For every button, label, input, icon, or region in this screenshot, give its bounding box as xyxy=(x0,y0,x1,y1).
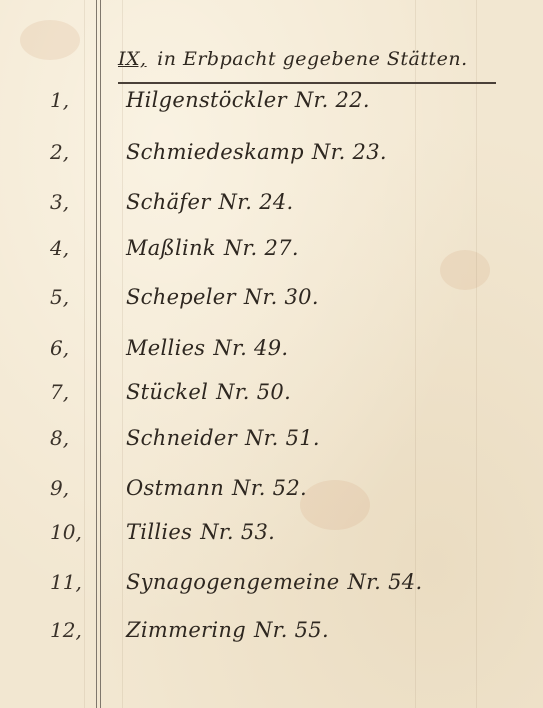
entry-text: MaßlinkNr. 27. xyxy=(126,236,299,260)
entry-index: 9, xyxy=(50,476,92,500)
entry-index: 6, xyxy=(50,336,92,360)
list-item: 4, MaßlinkNr. 27. xyxy=(0,236,543,276)
section-title: in Erbpacht gegebene Stätten. xyxy=(157,48,468,70)
list-item: 11, SynagogengemeineNr. 54. xyxy=(0,570,543,610)
entry-index: 10, xyxy=(50,520,92,544)
list-item: 6, MelliesNr. 49. xyxy=(0,336,543,376)
section-number: IX, xyxy=(118,48,147,70)
entry-index: 2, xyxy=(50,140,92,164)
entry-index: 3, xyxy=(50,190,92,214)
handwritten-page: IX, in Erbpacht gegebene Stätten. 1, Hil… xyxy=(0,0,543,708)
entry-text: SynagogengemeineNr. 54. xyxy=(126,570,422,594)
section-heading: IX, in Erbpacht gegebene Stätten. xyxy=(118,48,498,70)
entry-index: 11, xyxy=(50,570,92,594)
entry-text: SchneiderNr. 51. xyxy=(126,426,320,450)
list-item: 12, ZimmeringNr. 55. xyxy=(0,618,543,658)
entry-index: 4, xyxy=(50,236,92,260)
list-item: 1, HilgenstöcklerNr. 22. xyxy=(0,88,543,128)
list-item: 8, SchneiderNr. 51. xyxy=(0,426,543,466)
entry-index: 8, xyxy=(50,426,92,450)
list-item: 10, TilliesNr. 53. xyxy=(0,520,543,560)
entry-text: TilliesNr. 53. xyxy=(126,520,275,544)
entry-index: 12, xyxy=(50,618,92,642)
entry-text: OstmannNr. 52. xyxy=(126,476,307,500)
list-item: 3, SchäferNr. 24. xyxy=(0,190,543,230)
entry-text: MelliesNr. 49. xyxy=(126,336,288,360)
entry-index: 7, xyxy=(50,380,92,404)
entry-text: ZimmeringNr. 55. xyxy=(126,618,329,642)
entry-text: SchäferNr. 24. xyxy=(126,190,294,214)
entry-text: StückelNr. 50. xyxy=(126,380,291,404)
entry-index: 5, xyxy=(50,285,92,309)
entry-text: HilgenstöcklerNr. 22. xyxy=(126,88,370,112)
paper-stain xyxy=(20,20,80,60)
list-item: 7, StückelNr. 50. xyxy=(0,380,543,420)
list-item: 9, OstmannNr. 52. xyxy=(0,476,543,516)
entry-text: SchmiedeskampNr. 23. xyxy=(126,140,387,164)
list-item: 5, SchepelerNr. 30. xyxy=(0,285,543,325)
entry-text: SchepelerNr. 30. xyxy=(126,285,319,309)
list-item: 2, SchmiedeskampNr. 23. xyxy=(0,140,543,180)
entry-index: 1, xyxy=(50,88,92,112)
heading-underline xyxy=(118,82,496,84)
